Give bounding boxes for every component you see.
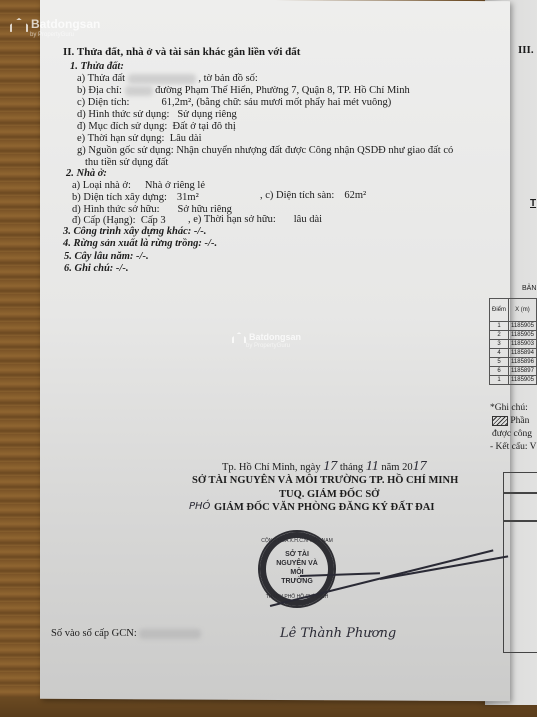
handwritten-year: 17 <box>413 459 427 474</box>
x-cell: 1185894 <box>509 349 537 358</box>
house-term-row: , e) Thời hạn sở hữu:lâu dài <box>188 214 322 226</box>
other-item-4: 4. Rừng sản xuất là rừng trồng: -/-. <box>63 238 217 250</box>
table-row: 31185903 <box>490 340 537 349</box>
col-point: Điểm <box>490 299 509 322</box>
tuq-title: TUQ. GIÁM ĐỐC SỞ <box>279 489 379 501</box>
side-letter-t: T <box>530 198 536 210</box>
signer-position: GIÁM ĐỐC VĂN PHÒNG ĐĂNG KÝ ĐẤT ĐAI <box>214 502 434 514</box>
point-cell: 1 <box>490 322 509 331</box>
other-item-5: 5. Cây lâu năm: -/-. <box>64 251 149 263</box>
registry-label: Số vào sổ cấp GCN: <box>51 628 201 640</box>
note-label: *Ghi chú: <box>490 402 528 414</box>
handwritten-month: 11 <box>366 459 379 474</box>
land-use-form-row: d) Hình thức sử dụng: Sử dụng riêng <box>77 109 237 121</box>
note-line-3: - Kết cấu: V <box>490 441 537 453</box>
note-line-1: Phần <box>492 415 529 427</box>
x-cell: 1185897 <box>509 367 537 376</box>
x-cell: 1185896 <box>509 358 537 367</box>
point-cell: 2 <box>490 331 509 340</box>
house-floor-area-row: , c) Diện tích sàn:62m² <box>260 190 366 202</box>
side-box-2 <box>503 492 537 522</box>
land-address-row: b) Địa chỉ: đường Phạm Thế Hiển, Phường … <box>77 85 410 97</box>
x-cell: 1185905 <box>509 322 537 331</box>
place-date: Tp. Hồ Chí Minh, ngày 17 tháng 11 năm 20… <box>222 461 427 474</box>
wood-table-background <box>0 0 40 717</box>
handwritten-day: 17 <box>323 459 337 474</box>
signer-name: Lê Thành Phương <box>280 626 396 641</box>
table-row: 61185897 <box>490 367 537 376</box>
table-row: 51185896 <box>490 358 537 367</box>
watermark-sub: by PropertyGuru <box>30 32 100 38</box>
house-build-area-row: b) Diện tích xây dựng:31m² <box>72 192 199 204</box>
house-type-row: a) Loại nhà ở:Nhà ở riêng lẻ <box>72 180 205 192</box>
x-cell: 1185903 <box>509 340 537 349</box>
handwritten-pho: PHÓ <box>189 501 210 513</box>
x-cell: 1185905 <box>509 331 537 340</box>
house-heading: 2. Nhà ở: <box>66 168 107 180</box>
land-purpose-row: đ) Mục đích sử dụng: Đất ở tại đô thị <box>77 121 236 133</box>
table-row: 11185905 <box>490 322 537 331</box>
land-parcel-row: a) Thửa đất , tờ bản đồ số: <box>77 73 258 85</box>
point-cell: 3 <box>490 340 509 349</box>
col-x: X (m) <box>509 299 537 322</box>
other-item-3: 3. Công trình xây dựng khác: -/-. <box>63 226 206 238</box>
house-logo-icon <box>232 332 246 343</box>
watermark-center: Batdongsan by PropertyGuru <box>232 332 301 349</box>
coordinates-table: Điểm X (m) 11185905211859053118590341185… <box>489 298 537 385</box>
redacted-house-number <box>125 86 153 96</box>
watermark-top: Batdongsan by PropertyGuru <box>10 17 100 38</box>
table-row: 21185905 <box>490 331 537 340</box>
house-logo-icon <box>10 18 28 32</box>
x-cell: 1185905 <box>509 376 537 385</box>
table-row: 11185905 <box>490 376 537 385</box>
side-box-1 <box>503 472 537 494</box>
land-area-row: c) Diện tích:61,2m², (bằng chữ: sáu mươi… <box>77 97 391 109</box>
official-stamp: CỘNG HÒA X.H.C.N VIỆT NAM SỞ TÀI NGUYÊN … <box>258 530 336 608</box>
hatched-area-icon <box>492 416 508 426</box>
land-term-row: e) Thời hạn sử dụng: Lâu dài <box>77 133 202 145</box>
section-title: II. Thửa đất, nhà ở và tài sản khác gắn … <box>63 46 300 58</box>
land-origin-row: g) Nguồn gốc sử dụng: Nhận chuyển nhượng… <box>77 145 453 157</box>
map-title: BẢN <box>522 283 536 295</box>
point-cell: 1 <box>490 376 509 385</box>
issuing-org: SỞ TÀI NGUYÊN VÀ MÔI TRƯỜNG TP. HỒ CHÍ M… <box>192 475 458 487</box>
note-line-2: được công <box>492 428 532 440</box>
next-section-label: III. <box>518 44 534 56</box>
table-row: 41185894 <box>490 349 537 358</box>
point-cell: 6 <box>490 367 509 376</box>
other-item-6: 6. Ghi chú: -/-. <box>64 263 128 275</box>
redacted-registry-number <box>139 629 201 639</box>
land-heading: 1. Thửa đất: <box>70 61 124 73</box>
redacted-parcel-number <box>128 74 196 84</box>
side-box-3 <box>503 520 537 653</box>
point-cell: 5 <box>490 358 509 367</box>
point-cell: 4 <box>490 349 509 358</box>
